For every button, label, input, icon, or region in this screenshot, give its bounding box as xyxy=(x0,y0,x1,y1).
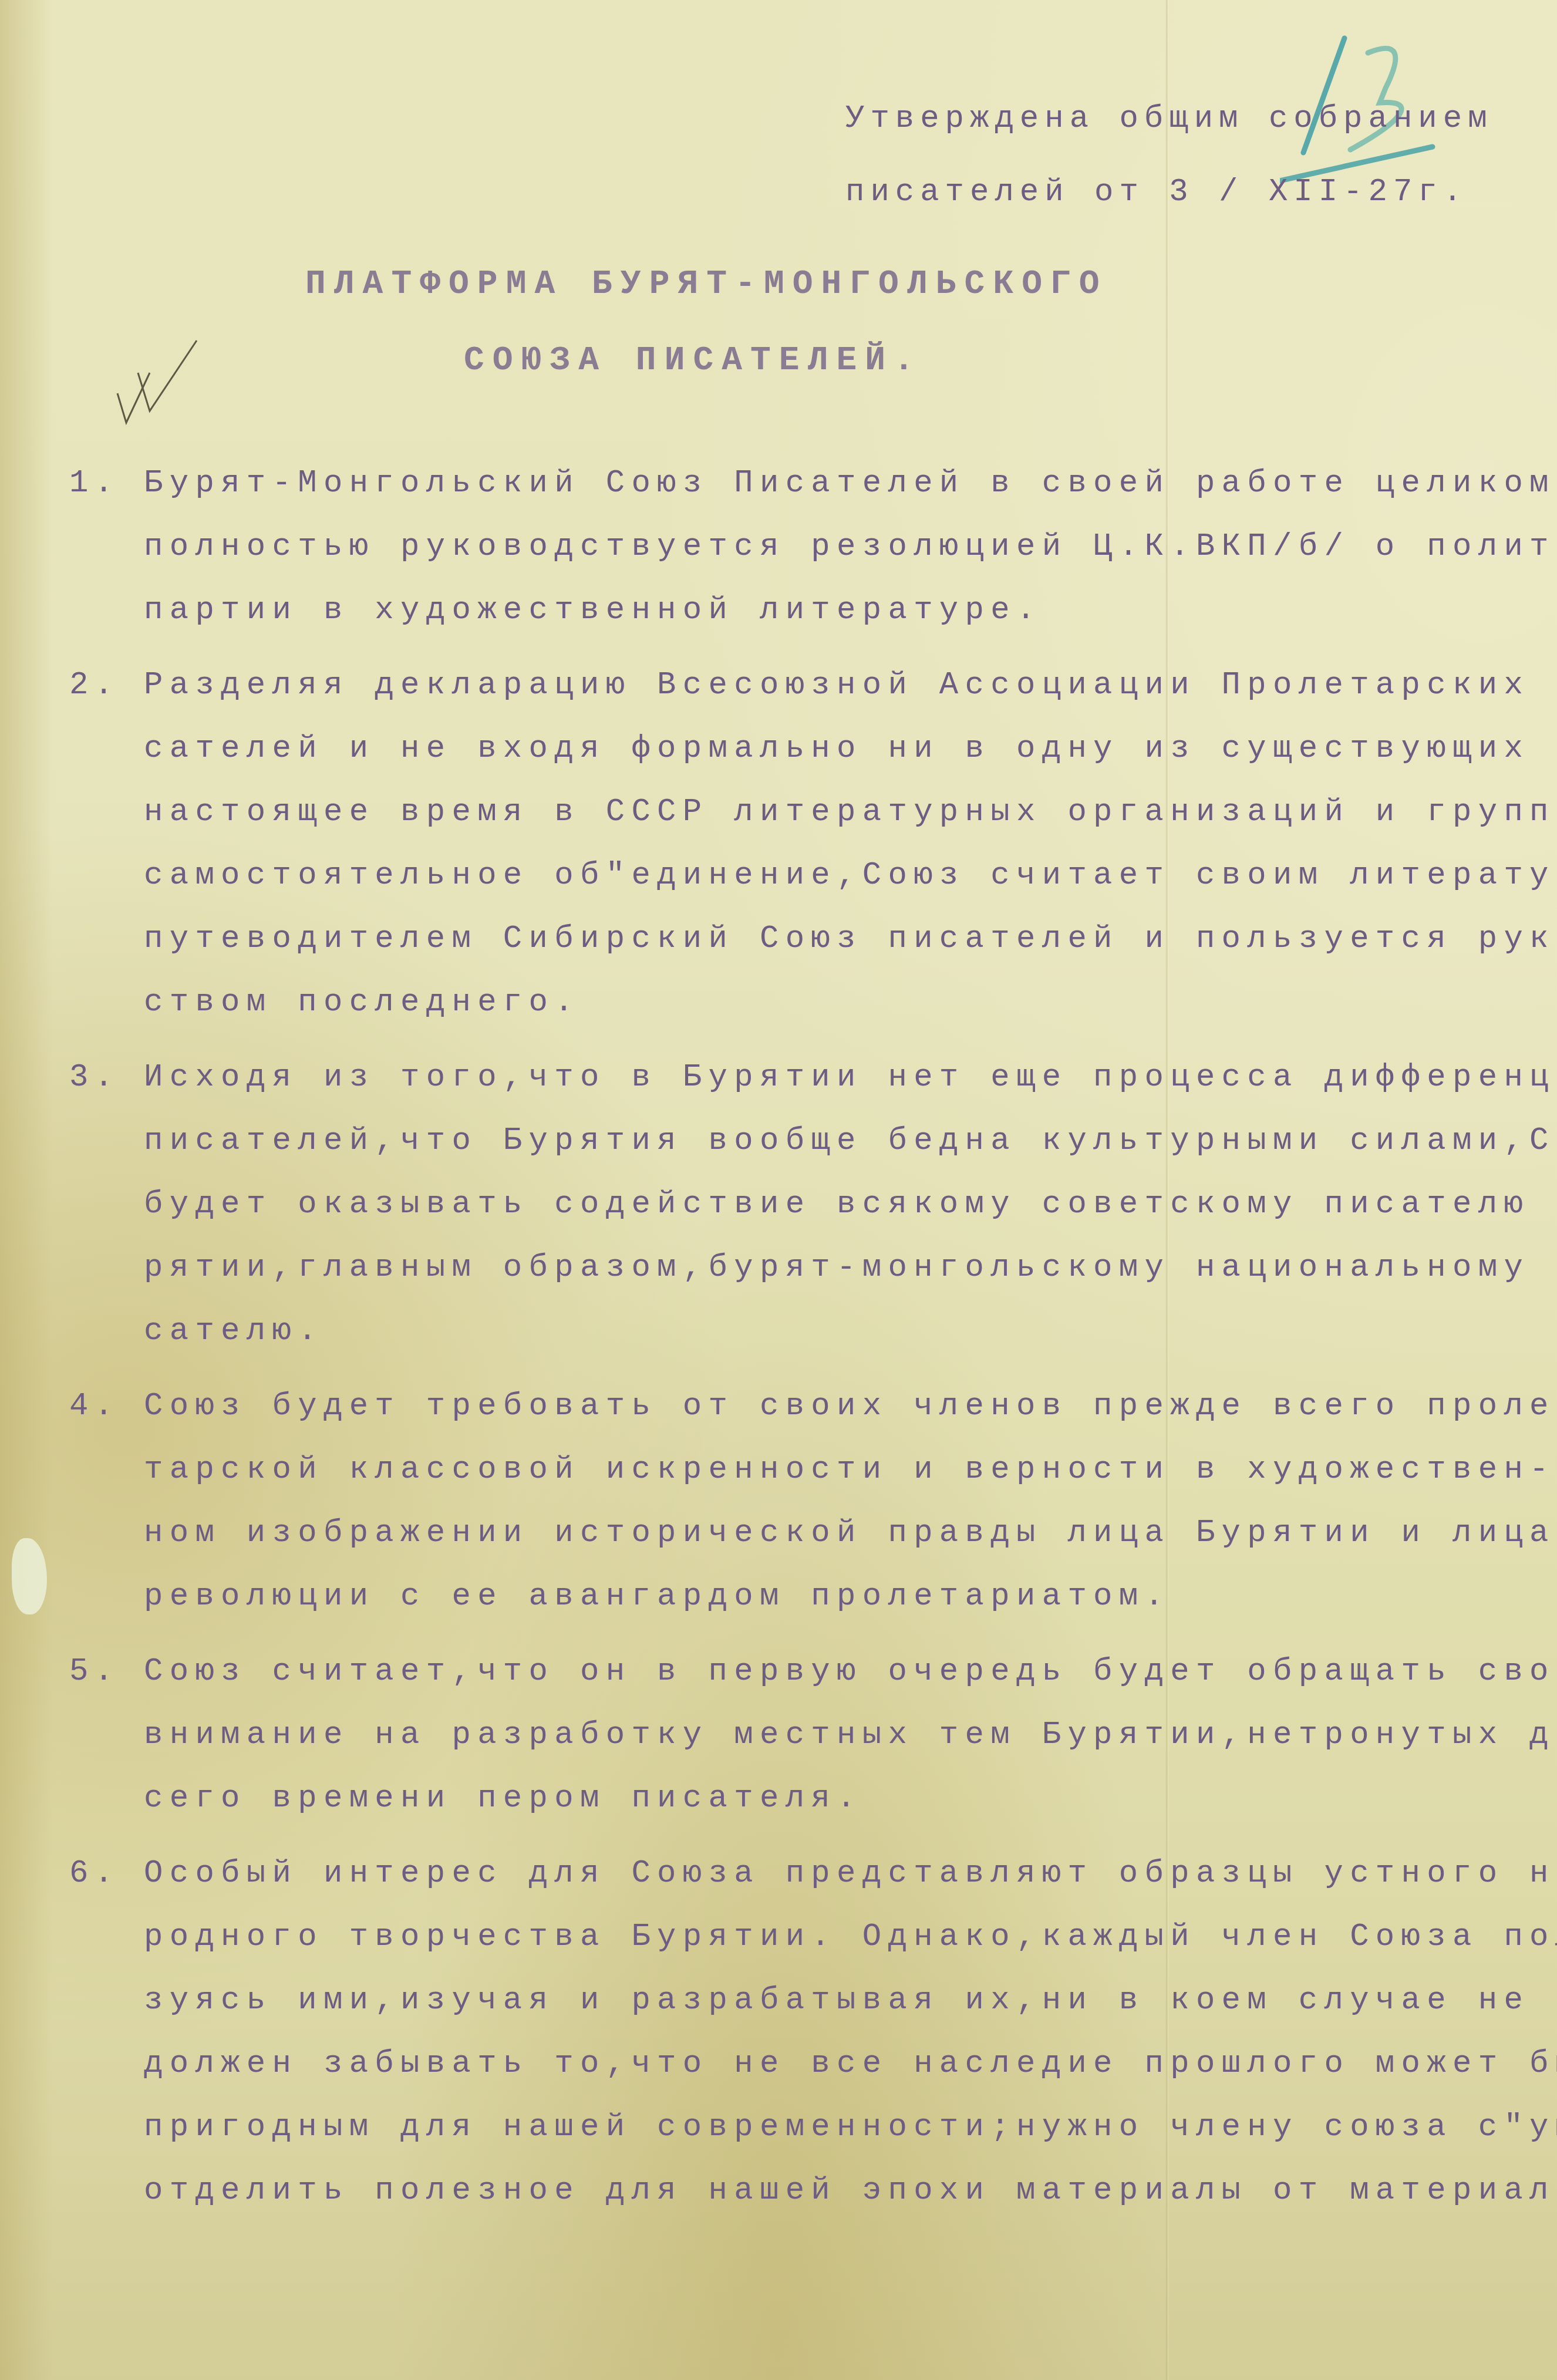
platform-item-5: 5.Союз считает,что он в первую очередь б… xyxy=(0,1640,1557,1830)
approval-line-2: писателей от 3 / XII-27г. xyxy=(845,174,1468,210)
document-body: 1.Бурят-Монгольский Союз Писателей в сво… xyxy=(0,452,1557,2234)
item-text-line: настоящее время в СССР литературных орга… xyxy=(0,781,1557,844)
item-text-line: партии в художественной литературе. xyxy=(0,579,1557,642)
approval-note: Утверждена общим собранием писателей от … xyxy=(845,82,1493,229)
item-text-line: сего времени пером писателя. xyxy=(0,1767,1557,1830)
item-text-line: Бурят-Монгольский Союз Писателей в своей… xyxy=(0,452,1557,515)
item-number: 3. xyxy=(69,1046,119,1110)
title-line-1: ПЛАТФОРМА БУРЯТ-МОНГОЛЬСКОГО xyxy=(305,265,1108,304)
item-text-line: Союз будет требовать от своих членов пре… xyxy=(0,1375,1557,1438)
item-text-line: тарской классовой искренности и верности… xyxy=(0,1438,1557,1502)
item-text-line: Исходя из того,что в Бурятии нет еще про… xyxy=(0,1046,1557,1110)
platform-item-3: 3.Исходя из того,что в Бурятии нет еще п… xyxy=(0,1046,1557,1363)
item-number: 6. xyxy=(69,1842,119,1906)
platform-item-6: 6.Особый интерес для Союза представляют … xyxy=(0,1842,1557,2223)
item-text-line: рятии,главным образом,бурят-монгольскому… xyxy=(0,1236,1557,1300)
item-text-line: ством последнего. xyxy=(0,971,1557,1034)
item-number: 2. xyxy=(69,654,119,717)
item-text-line: самостоятельное об"единение,Союз считает… xyxy=(0,844,1557,908)
platform-item-2: 2.Разделяя декларацию Всесоюзной Ассоциа… xyxy=(0,654,1557,1034)
item-text-line: должен забывать то,что не все наследие п… xyxy=(0,2032,1557,2096)
item-text-line: революции с ее авангардом пролетариатом. xyxy=(0,1565,1557,1629)
item-number: 5. xyxy=(69,1640,119,1704)
item-text-line: внимание на разработку местных тем Бурят… xyxy=(0,1704,1557,1767)
item-text-line: пригодным для нашей современности;нужно … xyxy=(0,2096,1557,2159)
item-text-line: сателю. xyxy=(0,1300,1557,1363)
item-text-line: отделить полезное для нашей эпохи матери… xyxy=(0,2159,1557,2223)
item-number: 1. xyxy=(69,452,119,515)
approval-line-1: Утверждена общим собранием xyxy=(845,101,1493,137)
item-text-line: путеводителем Сибирский Союз писателей и… xyxy=(0,908,1557,971)
item-text-line: будет оказывать содействие всякому совет… xyxy=(0,1173,1557,1236)
handwritten-checkmark-icon xyxy=(94,329,200,434)
item-text-line: родного творчества Бурятии. Однако,кажды… xyxy=(0,1906,1557,1969)
document-page: Утверждена общим собранием писателей от … xyxy=(0,0,1557,2380)
platform-item-1: 1.Бурят-Монгольский Союз Писателей в сво… xyxy=(0,452,1557,642)
item-text-line: Особый интерес для Союза представляют об… xyxy=(0,1842,1557,1906)
item-text-line: Разделяя декларацию Всесоюзной Ассоциаци… xyxy=(0,654,1557,717)
title-line-2: СОЮЗА ПИСАТЕЛЕЙ. xyxy=(305,342,922,380)
item-text-line: ном изображении исторической правды лица… xyxy=(0,1502,1557,1565)
platform-item-4: 4.Союз будет требовать от своих членов п… xyxy=(0,1375,1557,1629)
item-text-line: сателей и не входя формально ни в одну и… xyxy=(0,717,1557,781)
item-number: 4. xyxy=(69,1375,119,1438)
item-text-line: писателей,что Бурятия вообще бедна культ… xyxy=(0,1110,1557,1173)
item-text-line: зуясь ими,изучая и разрабатывая их,ни в … xyxy=(0,1969,1557,2032)
item-text-line: полностью руководствуется резолюцией Ц.К… xyxy=(0,515,1557,579)
document-title: ПЛАТФОРМА БУРЯТ-МОНГОЛЬСКОГО СОЮЗА ПИСАТ… xyxy=(305,247,1108,399)
item-text-line: Союз считает,что он в первую очередь буд… xyxy=(0,1640,1557,1704)
